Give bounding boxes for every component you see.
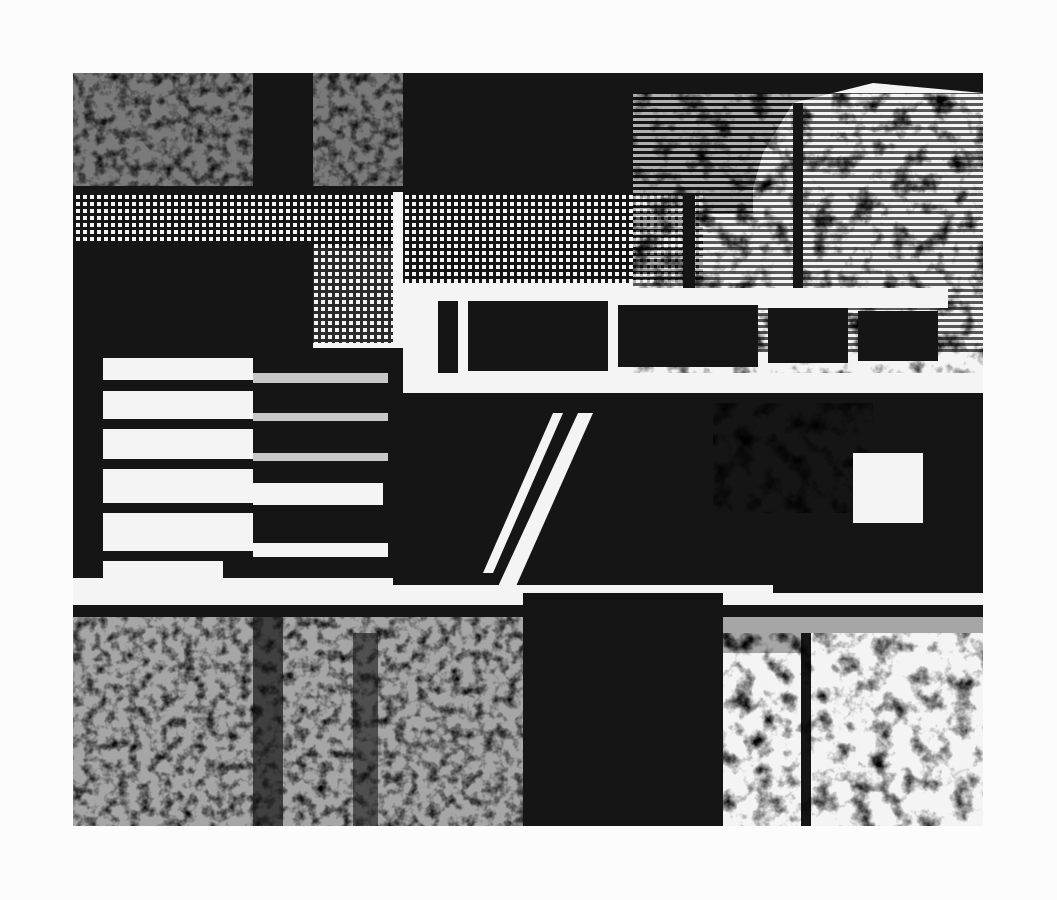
artwork-canvas [73,73,983,826]
dark-strip [73,318,313,348]
foreground [73,593,983,826]
paper-border [0,0,1057,900]
center-shadow [393,393,983,593]
slat-fence [73,348,403,603]
screenprint-image [73,73,983,826]
